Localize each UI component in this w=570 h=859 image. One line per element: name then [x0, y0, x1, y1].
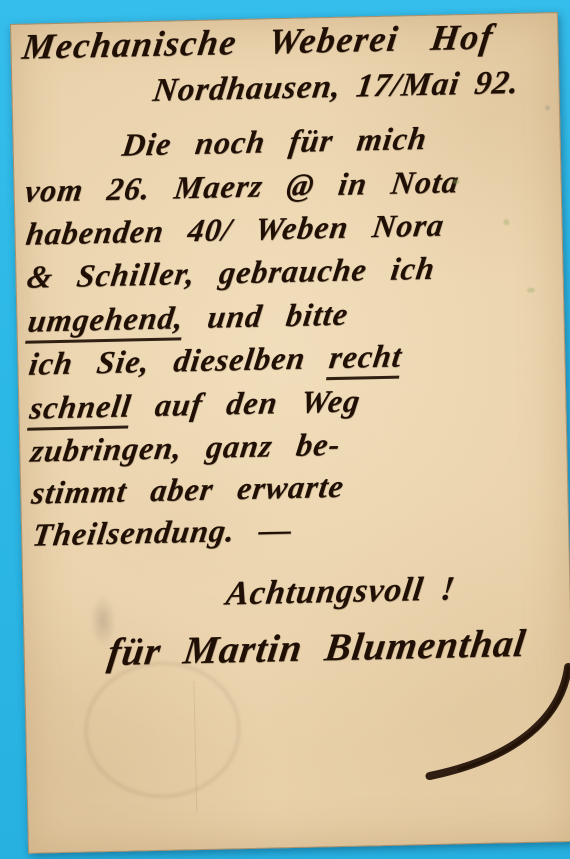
- body-text: ich Sie, dieselben: [27, 339, 332, 382]
- pencil-smudge: [89, 595, 116, 648]
- body-text: Theilsendung. —: [30, 511, 294, 553]
- body-text: vom 26. Maerz @ in Nota: [23, 163, 462, 209]
- body-line: zubringen, ganz be-: [29, 428, 343, 468]
- underlined-word: umgehend,: [25, 299, 186, 344]
- body-line: vom 26. Maerz @ in Nota: [23, 165, 461, 208]
- body-text: zubringen, ganz be-: [29, 426, 343, 469]
- body-line: ich Sie, dieselben recht: [27, 339, 404, 381]
- closing-salutation: Achtungsvoll !: [224, 571, 458, 612]
- body-text: & Schiller, gebrauche ich: [25, 250, 438, 295]
- photo-background: Mechanische Weberei Hof Nordhausen, 17/M…: [0, 0, 570, 859]
- body-line: & Schiller, gebrauche ich: [25, 252, 437, 295]
- body-line: umgehend, und bitte: [26, 298, 351, 339]
- body-line: stimmt aber erwarte: [30, 470, 347, 511]
- body-line: Die noch für mich: [120, 122, 429, 162]
- underlined-word: schnell: [27, 387, 134, 430]
- underlined-word: recht: [326, 337, 404, 380]
- company-header: Mechanische Weberei Hof: [20, 18, 496, 66]
- body-line: habenden 40/ Weben Nora: [24, 209, 446, 252]
- postmark-ghost: [83, 660, 242, 799]
- ink-speck: [545, 105, 550, 110]
- body-text: habenden 40/ Weben Nora: [24, 207, 447, 252]
- signature-flourish: [397, 649, 570, 803]
- body-text: auf den Weg: [129, 382, 363, 423]
- body-text: stimmt aber erwarte: [30, 468, 347, 511]
- body-text: Die noch für mich: [120, 120, 430, 163]
- ink-speck: [503, 219, 509, 225]
- body-line: Theilsendung. —: [31, 513, 295, 552]
- body-line: schnell auf den Weg: [28, 384, 363, 425]
- postcard: Mechanische Weberei Hof Nordhausen, 17/M…: [10, 12, 570, 854]
- ink-speck: [527, 288, 535, 293]
- place-date-line: Nordhausen, 17/Mai 92.: [151, 66, 522, 109]
- body-text: und bitte: [181, 296, 350, 336]
